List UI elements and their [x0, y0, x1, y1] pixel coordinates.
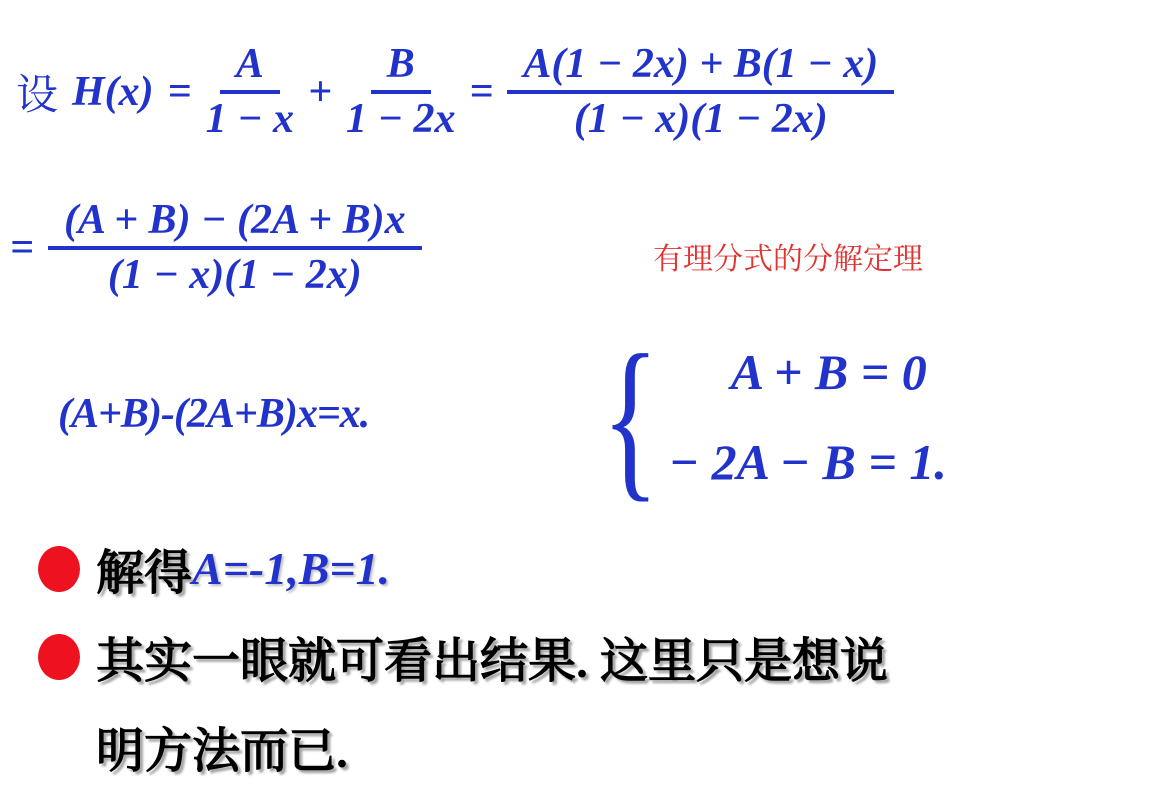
equals-sign-1: =	[168, 68, 192, 116]
fraction-numerator: (A + B) − (2A + B)x	[48, 198, 422, 250]
fraction-a-over-1-minus-x: A 1 − x	[206, 42, 294, 143]
system-equation-2: − 2A − B = 1.	[669, 433, 947, 491]
fraction-denominator: 1 − x	[206, 94, 294, 142]
system-equation-1: A + B = 0	[731, 343, 947, 401]
bullet-item-remark: 其实一眼就可看出结果. 这里只是想说	[38, 622, 888, 691]
slide: 设 H(x) = A 1 − x + B 1 − 2x = A(1 − 2x) …	[0, 0, 1168, 788]
fraction-numerator: A	[220, 42, 280, 94]
plus-sign: +	[308, 68, 332, 116]
fraction-denominator: 1 − 2x	[346, 94, 455, 142]
equals-sign: =	[10, 224, 34, 272]
fraction-grouped-terms: (A + B) − (2A + B)x (1 − x)(1 − 2x)	[48, 198, 422, 299]
bullet-text-black: 其实一眼就可看出结果. 这里只是想说	[96, 622, 888, 691]
fraction-numerator: A(1 − 2x) + B(1 − x)	[507, 42, 894, 94]
bullet-icon	[38, 546, 80, 592]
fraction-denominator: (1 − x)(1 − 2x)	[574, 94, 828, 142]
left-brace: {	[602, 311, 660, 524]
fraction-numerator: B	[371, 42, 431, 94]
equals-sign-2: =	[469, 68, 493, 116]
theorem-annotation: 有理分式的分解定理	[653, 234, 923, 278]
coefficient-equation: (A+B)-(2A+B)x=x.	[58, 390, 369, 438]
bullet-icon	[38, 634, 80, 680]
bullet-item-solution: 解得 A=-1,B=1.	[38, 534, 390, 603]
bullet-text-black: 解得	[96, 534, 192, 603]
equation-line-2: = (A + B) − (2A + B)x (1 − x)(1 − 2x)	[10, 198, 422, 299]
lhs-hx: H(x)	[72, 68, 154, 116]
fraction-denominator: (1 − x)(1 − 2x)	[108, 250, 362, 298]
system-equations: A + B = 0 − 2A − B = 1.	[669, 343, 947, 491]
bullet-text-blue: A=-1,B=1.	[192, 542, 390, 595]
bullet-remark-continuation: 明方法而已.	[96, 712, 348, 781]
let-prefix: 设	[16, 62, 58, 122]
fraction-combined-numerator: A(1 − 2x) + B(1 − x) (1 − x)(1 − 2x)	[507, 42, 894, 143]
equation-line-1: 设 H(x) = A 1 − x + B 1 − 2x = A(1 − 2x) …	[16, 42, 894, 143]
fraction-b-over-1-minus-2x: B 1 − 2x	[346, 42, 455, 143]
equation-system: { A + B = 0 − 2A − B = 1.	[592, 322, 947, 512]
